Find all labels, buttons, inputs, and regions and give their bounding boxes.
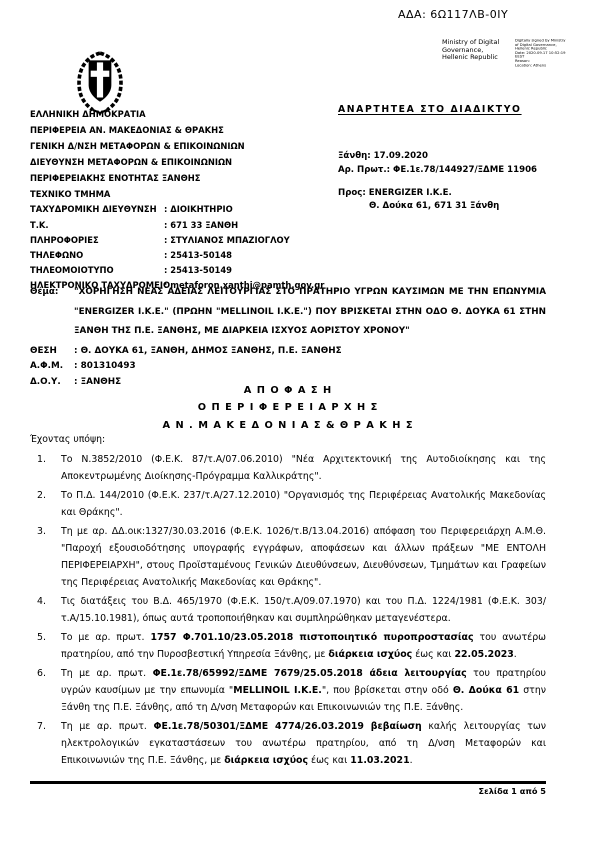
- ada-value: 6Ω117ΛΒ-0ΙΥ: [430, 8, 508, 21]
- signature-details: Digitally signed by Ministry of Digital …: [515, 39, 594, 68]
- subject-text: "ΧΟΡΗΓΗΣΗ ΝΕΑΣ ΑΔΕΙΑΣ ΛΕΙΤΟΥΡΓΙΑΣ ΣΤΟ ΠΡ…: [74, 283, 546, 342]
- org-line: ΤΕΧΝΙΚΟ ΤΜΗΜΑ: [30, 187, 336, 203]
- list-item: 4.Τις διατάξεις του Β.Δ. 465/1970 (Φ.Ε.Κ…: [30, 593, 546, 627]
- recipient-label: Προς:: [338, 188, 366, 198]
- decision-title: Α Π Ο Φ Α Σ Η: [30, 382, 546, 399]
- contact-row: ΤΑΧΥΔΡΟΜΙΚΗ ΔΙΕΥΘΥΝΣΗ: ΔΙΟΙΚΗΤΗΡΙΟ: [30, 202, 336, 217]
- list-item-number: 3.: [30, 523, 61, 592]
- detail-row: Α.Φ.Μ.: 801310493: [30, 359, 546, 374]
- list-item-text: Το Π.Δ. 144/2010 (Φ.Ε.Κ. 237/τ.Α/27.12.2…: [61, 487, 546, 521]
- detail-label: Α.Φ.Μ.: [30, 359, 74, 374]
- detail-value: : 801310493: [74, 359, 136, 374]
- decision-region: Α Ν . Μ Α Κ Ε Δ Ο Ν Ι Α Σ & Θ Ρ Α Κ Η Σ: [30, 417, 546, 434]
- contact-row: ΤΗΛΕΦΩΝΟ: 25413-50148: [30, 248, 336, 263]
- org-line: ΕΛΛΗΝΙΚΗ ΔΗΜΟΚΡΑΤΙΑ: [30, 107, 336, 123]
- list-item: 7.Τη με αρ. πρωτ. ΦΕ.1ε.78/50301/ΞΔΜΕ 47…: [30, 718, 546, 770]
- contact-value: : 25413-50149: [164, 263, 232, 278]
- ada-label: ΑΔΑ:: [398, 8, 426, 21]
- publish-notice: ΑΝΑΡΤΗΤΕΑ ΣΤΟ ΔΙΑΔΙΚΤΥΟ: [338, 104, 570, 115]
- org-line: ΠΕΡΙΦΕΡΕΙΑ ΑΝ. ΜΑΚΕΔΟΝΙΑΣ & ΘΡΑΚΗΣ: [30, 123, 336, 139]
- considerations-list: 1.Το Ν.3852/2010 (Φ.Ε.Κ. 87/τ.Α/07.06.20…: [30, 451, 546, 771]
- document-page: ΑΔΑ: 6Ω117ΛΒ-0ΙΥ Ministry of Digital Gov…: [0, 0, 595, 842]
- digital-signature-stamp: Ministry of Digital Governance, Hellenic…: [442, 39, 594, 85]
- list-item-number: 1.: [30, 451, 61, 485]
- protocol-number: Αρ. Πρωτ.: ΦΕ.1ε.78/144927/ΞΔΜΕ 11906: [338, 165, 570, 175]
- list-item: 5.Το με αρ. πρωτ. 1757 Φ.701.10/23.05.20…: [30, 629, 546, 663]
- detail-row: ΘΕΣΗ: Θ. ΔΟΥΚΑ 61, ΞΑΝΘΗ, ΔΗΜΟΣ ΞΑΝΘΗΣ, …: [30, 344, 546, 359]
- list-item: 2.Το Π.Δ. 144/2010 (Φ.Ε.Κ. 237/τ.Α/27.12…: [30, 487, 546, 521]
- detail-label: ΘΕΣΗ: [30, 344, 74, 359]
- contact-value: : ΔΙΟΙΚΗΤΗΡΙΟ: [164, 202, 233, 217]
- org-line: ΓΕΝΙΚΗ Δ/ΝΣΗ ΜΕΤΑΦΟΡΩΝ & ΕΠΙΚΟΙΝΩΝΙΩΝ: [30, 139, 336, 155]
- list-item-text: Το με αρ. πρωτ. 1757 Φ.701.10/23.05.2018…: [61, 629, 546, 663]
- list-item-text: Τη με αρ. πρωτ. ΦΕ.1ε.78/50301/ΞΔΜΕ 4774…: [61, 718, 546, 770]
- list-item-number: 7.: [30, 718, 61, 770]
- list-item-text: Τη με αρ. πρωτ. ΦΕ.1ε.78/65992/ΞΔΜΕ 7679…: [61, 665, 546, 717]
- recipient-row: Προς: ENERGIZER Ι.Κ.Ε.: [338, 188, 570, 198]
- list-item: 1.Το Ν.3852/2010 (Φ.Ε.Κ. 87/τ.Α/07.06.20…: [30, 451, 546, 485]
- list-item-text: Τη με αρ. ΔΔ.οικ:1327/30.03.2016 (Φ.Ε.Κ.…: [61, 523, 546, 592]
- contact-row: ΠΛΗΡΟΦΟΡΙΕΣ: ΣΤΥΛΙΑΝΟΣ ΜΠΑΖΙΟΓΛΟΥ: [30, 233, 336, 248]
- org-line: ΠΕΡΙΦΕΡΕΙΑΚΗΣ ΕΝΟΤΗΤΑΣ ΞΑΝΘΗΣ: [30, 171, 336, 187]
- signature-details-wrap: Digitally signed by Ministry of Digital …: [515, 39, 594, 85]
- list-item-number: 5.: [30, 629, 61, 663]
- footer-divider: [30, 781, 546, 784]
- decision-issuer: Ο Π Ε Ρ Ι Φ Ε Ρ Ε Ι Α Ρ Χ Η Σ: [30, 399, 546, 416]
- contact-label: ΤΑΧΥΔΡΟΜΙΚΗ ΔΙΕΥΘΥΝΣΗ: [30, 202, 164, 217]
- city-date: Ξάνθη: 17.09.2020: [338, 151, 570, 161]
- contact-label: Τ.Κ.: [30, 218, 164, 233]
- list-item-number: 2.: [30, 487, 61, 521]
- decision-heading: Α Π Ο Φ Α Σ Η Ο Π Ε Ρ Ι Φ Ε Ρ Ε Ι Α Ρ Χ …: [30, 382, 546, 434]
- signature-authority: Ministry of Digital Governance, Hellenic…: [442, 39, 512, 85]
- recipient-name: ENERGIZER Ι.Κ.Ε.: [369, 188, 452, 198]
- org-line: ΔΙΕΥΘΥΝΣΗ ΜΕΤΑΦΟΡΩΝ & ΕΠΙΚΟΙΝΩΝΙΩΝ: [30, 155, 336, 171]
- detail-value: : Θ. ΔΟΥΚΑ 61, ΞΑΝΘΗ, ΔΗΜΟΣ ΞΑΝΘΗΣ, Π.Ε.…: [74, 344, 342, 359]
- contact-value: : ΣΤΥΛΙΑΝΟΣ ΜΠΑΖΙΟΓΛΟΥ: [164, 233, 290, 248]
- contact-value: : 671 33 ΞΑΝΘΗ: [164, 218, 238, 233]
- list-item-number: 6.: [30, 665, 61, 717]
- ada-code: ΑΔΑ: 6Ω117ΛΒ-0ΙΥ: [398, 8, 508, 21]
- preamble: Έχοντας υπόψη:: [30, 434, 105, 445]
- page-number: Σελίδα 1 από 5: [30, 786, 546, 796]
- contact-label: ΠΛΗΡΟΦΟΡΙΕΣ: [30, 233, 164, 248]
- subject-label: Θέμα:: [30, 283, 74, 342]
- list-item-text: Το Ν.3852/2010 (Φ.Ε.Κ. 87/τ.Α/07.06.2010…: [61, 451, 546, 485]
- list-item-number: 4.: [30, 593, 61, 627]
- list-item: 6.Τη με αρ. πρωτ. ΦΕ.1ε.78/65992/ΞΔΜΕ 76…: [30, 665, 546, 717]
- issuing-authority-block: ΕΛΛΗΝΙΚΗ ΔΗΜΟΚΡΑΤΙΑ ΠΕΡΙΦΕΡΕΙΑ ΑΝ. ΜΑΚΕΔ…: [30, 107, 336, 294]
- recipient-address: Θ. Δούκα 61, 671 31 Ξάνθη: [338, 201, 570, 211]
- contact-row: ΤΗΛΕΟΜΟΙΟΤΥΠΟ: 25413-50149: [30, 263, 336, 278]
- contact-row: Τ.Κ.: 671 33 ΞΑΝΘΗ: [30, 218, 336, 233]
- contact-label: ΤΗΛΕΟΜΟΙΟΤΥΠΟ: [30, 263, 164, 278]
- subject-block: Θέμα: "ΧΟΡΗΓΗΣΗ ΝΕΑΣ ΑΔΕΙΑΣ ΛΕΙΤΟΥΡΓΙΑΣ …: [30, 283, 546, 342]
- contact-value: : 25413-50148: [164, 248, 232, 263]
- contact-label: ΤΗΛΕΦΩΝΟ: [30, 248, 164, 263]
- header-right-block: ΑΝΑΡΤΗΤΕΑ ΣΤΟ ΔΙΑΔΙΚΤΥΟ Ξάνθη: 17.09.202…: [338, 104, 570, 211]
- list-item: 3.Τη με αρ. ΔΔ.οικ:1327/30.03.2016 (Φ.Ε.…: [30, 523, 546, 592]
- list-item-text: Τις διατάξεις του Β.Δ. 465/1970 (Φ.Ε.Κ. …: [61, 593, 546, 627]
